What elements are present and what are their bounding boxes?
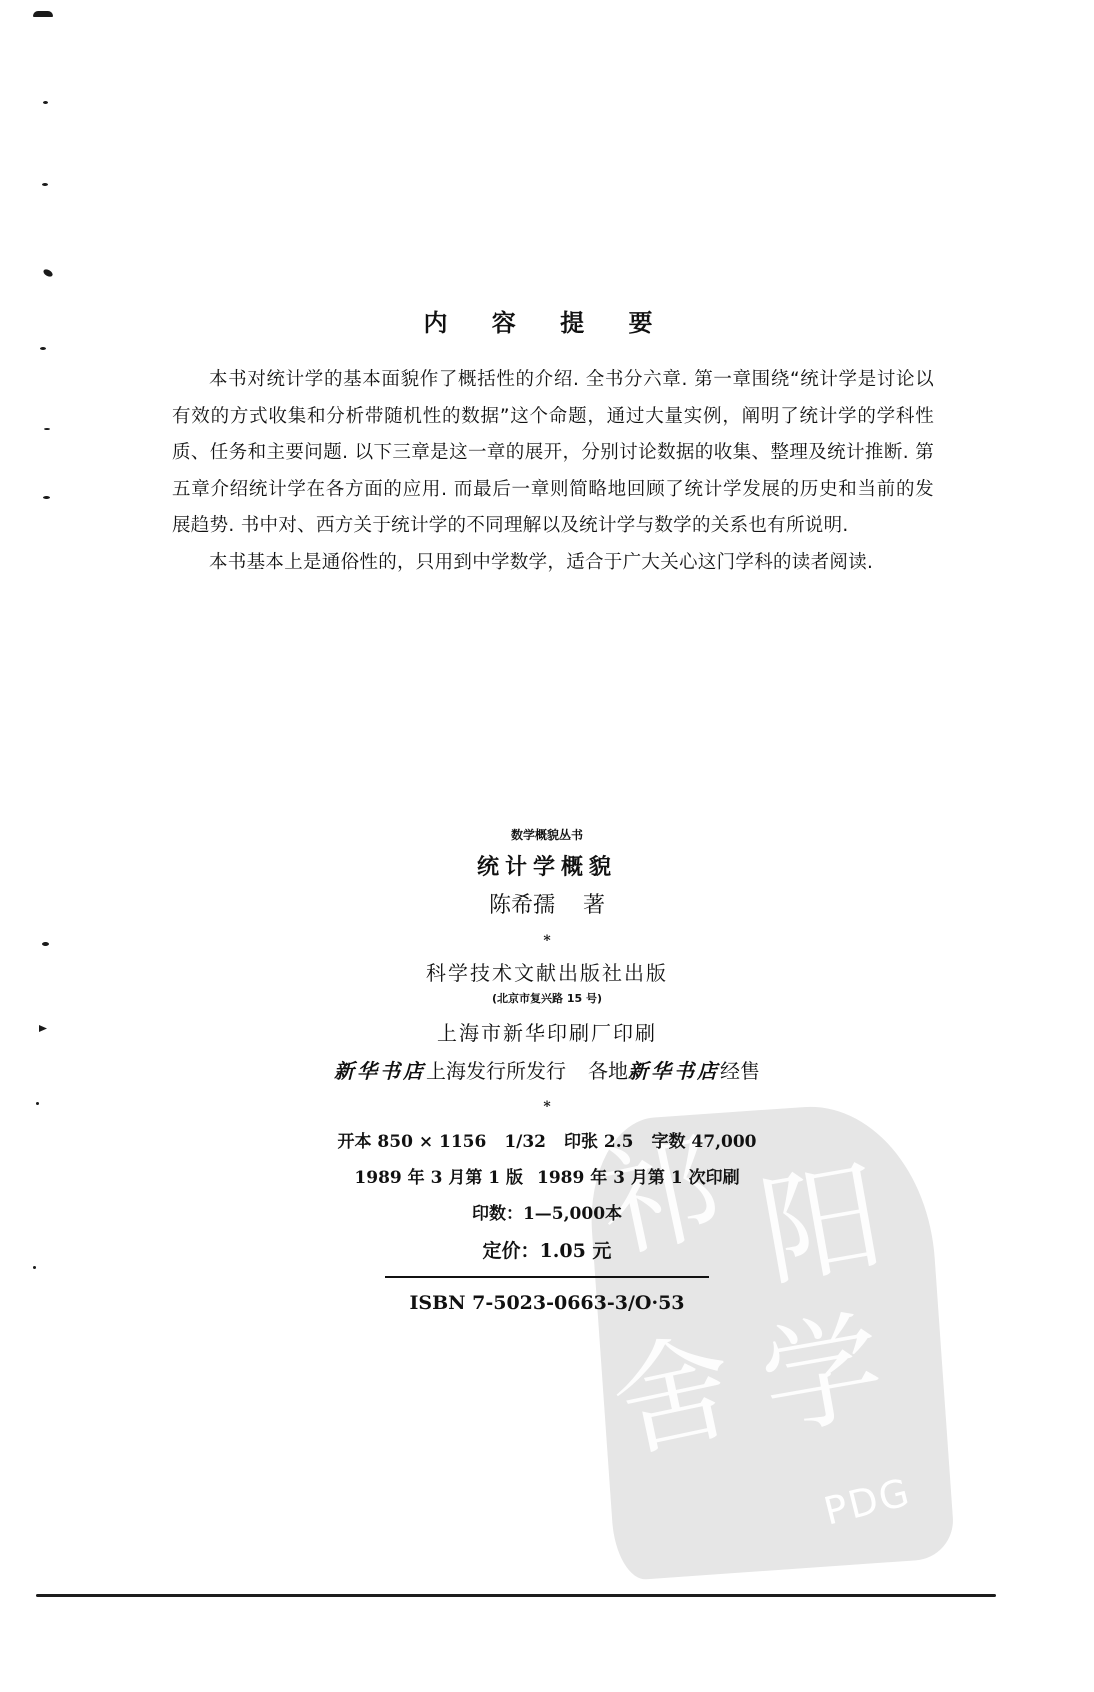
edition-line: 1989 年 3 月第 1 版1989 年 3 月第 1 次印刷 [0,1160,1094,1196]
scanned-page: 祁 阳 学 舍 PDG 内 容 提 要 本书对统计学的基本面貌作了概括性的介绍.… [0,0,1094,1692]
spec-word-count: 字数 47,000 [652,1132,757,1152]
spec-fold: 1/32 [504,1132,546,1152]
abstract-heading: 内 容 提 要 [0,303,1094,338]
abstract-paragraph: 本书对统计学的基本面貌作了概括性的介绍. 全书分六章. 第一章围绕“统计学是讨论… [172,362,934,545]
isbn: ISBN 7-5023-0663-3/O·53 [0,1286,1094,1320]
scan-speck [42,268,54,278]
printer: 上海市新华印刷厂印刷 [0,1014,1094,1052]
scan-speck [33,11,53,17]
first-printing: 1989 年 3 月第 1 次印刷 [537,1168,740,1188]
watermark-pdg-label: PDG [820,1470,916,1534]
xinhua-bookstore-logo: 新华书店 [334,1059,426,1083]
seller: 经售 [720,1059,760,1083]
watermark-glyph: 学 [753,1307,892,1446]
abstract-paragraph: 本书基本上是通俗性的，只用到中学数学，适合于广大关心这门学科的读者阅读. [172,545,934,582]
scan-speck [42,183,48,186]
author-line: 陈希孺著 [0,888,1094,924]
separator-star: * [0,1090,1094,1124]
first-edition: 1989 年 3 月第 1 版 [354,1168,523,1188]
divider-rule [385,1276,709,1278]
distribution-prefix: 各地 [588,1059,628,1083]
spec-format: 开本 850 × 1156 [338,1132,487,1152]
scan-speck [43,101,48,104]
xinhua-bookstore-logo: 新华书店 [628,1059,720,1083]
distribution-line: 新华书店上海发行所发行各地新华书店经售 [0,1052,1094,1090]
book-title: 统计学概貌 [0,848,1094,888]
separator-star: * [0,924,1094,958]
author-name: 陈希孺 [489,893,555,918]
author-role: 著 [583,893,605,918]
issuer: 上海发行所发行 [426,1059,566,1083]
abstract-body: 本书对统计学的基本面貌作了概括性的介绍. 全书分六章. 第一章围绕“统计学是讨论… [172,362,934,581]
book-specs: 开本 850 × 11561/32印张 2.5字数 47,000 [0,1124,1094,1160]
scan-speck [40,347,46,350]
spec-sheets: 印张 2.5 [564,1132,634,1152]
scan-speck [43,496,50,499]
scan-speck [44,428,50,430]
publisher: 科学技术文献出版社出版 [0,958,1094,988]
page-bottom-edge-line [36,1594,996,1597]
colophon: 数学概貌丛书 统计学概貌 陈希孺著 * 科学技术文献出版社出版 (北京市复兴路 … [0,822,1094,1320]
print-run: 印数：1—5,000本 [0,1196,1094,1232]
series-name: 数学概貌丛书 [0,822,1094,848]
watermark-glyph: 舍 [603,1326,745,1468]
price: 定价：1.05 元 [0,1232,1094,1270]
publisher-address: (北京市复兴路 15 号) [0,988,1094,1014]
